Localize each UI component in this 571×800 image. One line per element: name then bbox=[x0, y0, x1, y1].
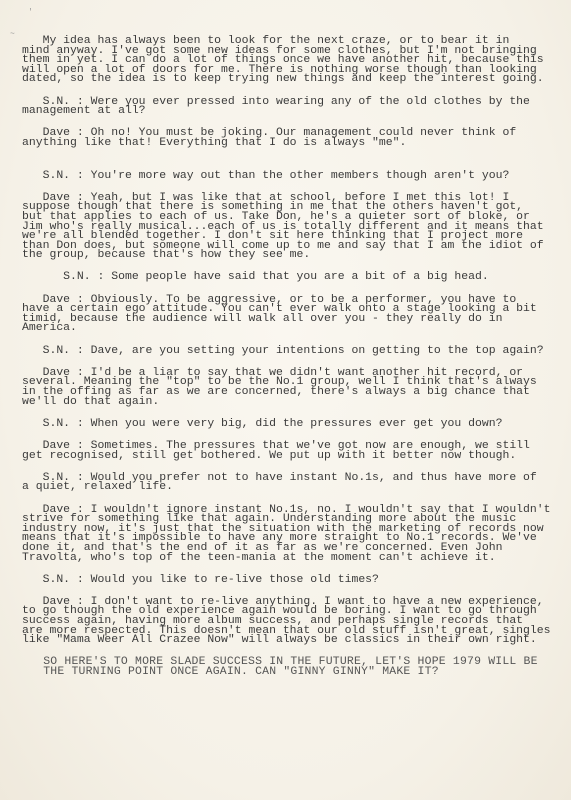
question-paragraph: S.N. : Were you ever pressed into wearin… bbox=[22, 97, 567, 116]
text-line: S.N. : Some people have said that you ar… bbox=[22, 272, 567, 282]
closing-paragraph: SO HERE'S TO MORE SLADE SUCCESS IN THE F… bbox=[22, 657, 567, 676]
question-paragraph: S.N. : When you were very big, did the p… bbox=[22, 419, 567, 429]
text-line: S.N. : When you were very big, did the p… bbox=[22, 419, 567, 429]
answer-paragraph: Dave : I wouldn't ignore instant No.1s, … bbox=[22, 505, 567, 563]
closing-line: THE TURNING POINT ONCE AGAIN. CAN "GINNY… bbox=[22, 667, 567, 677]
typewritten-page: ' ~ My idea has always been to look for … bbox=[0, 0, 571, 800]
text-line: dated, so the idea is to keep trying new… bbox=[22, 74, 567, 84]
text-line: a quiet, relaxed life. bbox=[22, 482, 567, 492]
margin-speck: ' bbox=[28, 8, 33, 17]
answer-paragraph: Dave : Yeah, but I was like that at scho… bbox=[22, 193, 567, 260]
question-paragraph: S.N. : Some people have said that you ar… bbox=[22, 272, 567, 282]
answer-paragraph: Dave : Sometimes. The pressures that we'… bbox=[22, 441, 567, 460]
question-paragraph: S.N. : You're more way out than the othe… bbox=[22, 171, 567, 181]
question-paragraph: S.N. : Dave, are you setting your intent… bbox=[22, 346, 567, 356]
text-line: America. bbox=[22, 323, 567, 333]
question-paragraph: S.N. : Would you like to re-live those o… bbox=[22, 575, 567, 585]
text-line: get recognised, still get bothered. We p… bbox=[22, 451, 567, 461]
interview-transcript: My idea has always been to look for the … bbox=[22, 36, 567, 689]
answer-paragraph: Dave : Obviously. To be aggressive, or t… bbox=[22, 295, 567, 333]
answer-paragraph: Dave : I'd be a liar to say that we didn… bbox=[22, 368, 567, 406]
text-line: timid, because the audience will walk al… bbox=[22, 314, 567, 324]
text-line: like "Mama Weer All Crazee Now" will alw… bbox=[22, 635, 567, 645]
text-line: S.N. : Would you like to re-live those o… bbox=[22, 575, 567, 585]
margin-speck: ~ bbox=[10, 30, 15, 39]
text-line: Travolta, who's top of the teen-mania at… bbox=[22, 553, 567, 563]
text-line: management at all? bbox=[22, 106, 567, 116]
text-line: S.N. : You're more way out than the othe… bbox=[22, 171, 567, 181]
text-line: the group, because that's how they see m… bbox=[22, 250, 567, 260]
answer-paragraph: Dave : Oh no! You must be joking. Our ma… bbox=[22, 128, 567, 147]
intro-paragraph: My idea has always been to look for the … bbox=[22, 36, 567, 84]
answer-paragraph: Dave : I don't want to re-live anything.… bbox=[22, 597, 567, 645]
text-line: we'll do that again. bbox=[22, 397, 567, 407]
text-line: S.N. : Dave, are you setting your intent… bbox=[22, 346, 567, 356]
text-line: anything like that! Everything that I do… bbox=[22, 138, 567, 148]
question-paragraph: S.N. : Would you prefer not to have inst… bbox=[22, 473, 567, 492]
